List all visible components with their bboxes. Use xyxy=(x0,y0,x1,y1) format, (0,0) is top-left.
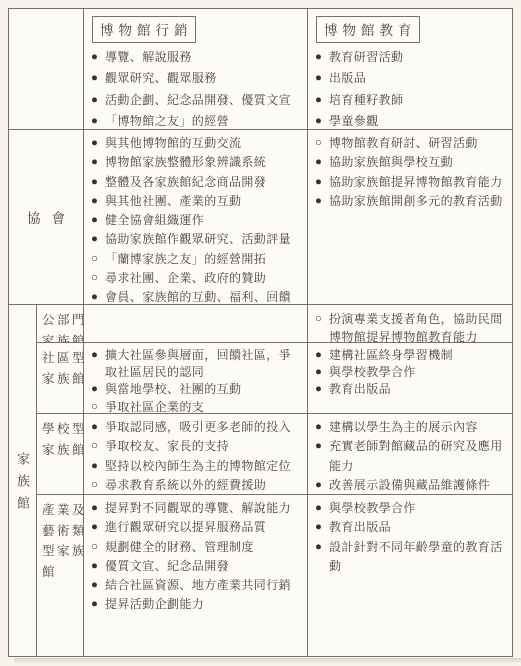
list-item: ●堅持以校內師生為主的博物館定位 xyxy=(91,457,303,476)
list-item: ●與其他社團、產業的互動 xyxy=(91,192,303,211)
item-text: 提昇活動企劃能力 xyxy=(105,595,303,614)
hollow-bullet-icon: ○ xyxy=(91,476,105,495)
item-text: 「博物館之友」的經營 xyxy=(105,111,303,130)
filled-bullet-icon: ● xyxy=(91,111,105,130)
industry-art-marketing-cell: ●提昇對不同觀眾的導覽、解說能力●進行觀眾研究以提昇服務品質○規劃健全的財務、管… xyxy=(84,495,308,656)
list-item: ●培育種籽教師 xyxy=(315,90,508,111)
item-text: 建構以學生為主的展示內容 xyxy=(329,418,508,437)
filled-bullet-icon: ● xyxy=(91,192,105,211)
community-marketing-list: ●擴大社區參與層面，回饋社區，爭取社區居民的認同●與當地學校、社團的互動○爭取社… xyxy=(91,347,303,414)
filled-bullet-icon: ● xyxy=(91,595,105,614)
row-label: 社區型家族館 xyxy=(42,348,83,389)
school-label-cell: 學校型家族館 xyxy=(37,414,84,495)
education-column-title: 博物館教育 xyxy=(316,16,420,43)
list-item: ●會員、家族館的互動、福利、回饋 xyxy=(91,288,303,305)
education-header-cell: 博物館教育 ●教育研習活動●出版品●培育種籽教師●學童參觀●不同對象的博物館教育… xyxy=(308,9,512,130)
public-sector-marketing-list xyxy=(91,309,303,310)
list-item: ●與其他博物館的互動交流 xyxy=(91,134,303,153)
filled-bullet-icon: ● xyxy=(91,134,105,153)
list-item: ○規劃健全的財務、管理制度 xyxy=(91,538,303,557)
filled-bullet-icon: ● xyxy=(91,68,105,89)
public-sector-education-cell: ○扮演專業支援者角色，協助民間博物館提昇博物館教育能力 xyxy=(308,305,512,343)
filled-bullet-icon: ● xyxy=(315,499,329,518)
school-marketing-list: ●爭取認同感，吸引更多老師的投入○爭取校友、家長的支持●堅持以校內師生為主的博物… xyxy=(91,418,303,495)
item-text: 與其他博物館的互動交流 xyxy=(105,134,303,153)
filled-bullet-icon: ● xyxy=(315,47,329,68)
filled-bullet-icon: ● xyxy=(91,211,105,230)
filled-bullet-icon: ● xyxy=(315,364,329,381)
item-text: 活動企劃、紀念品開發、優質文宣 xyxy=(105,90,303,111)
marketing-general-list: ●導覽、解說服務●觀眾研究、觀眾服務●活動企劃、紀念品開發、優質文宣●「博物館之… xyxy=(91,47,303,130)
item-text: 與學校教學合作 xyxy=(329,499,508,518)
marketing-header-cell: 博物館行銷 ●導覽、解說服務●觀眾研究、觀眾服務●活動企劃、紀念品開發、優質文宣… xyxy=(84,9,308,130)
item-text: 健全協會組織運作 xyxy=(105,211,303,230)
community-education-cell: ●建構社區終身學習機制●與學校教學合作●教育出版品 xyxy=(308,343,512,414)
filled-bullet-icon: ● xyxy=(91,518,105,537)
hollow-bullet-icon: ○ xyxy=(91,437,105,456)
filled-bullet-icon: ● xyxy=(315,173,329,192)
row-label-line: 產業及 xyxy=(42,500,83,521)
list-item: ●提昇對不同觀眾的導覽、解說能力 xyxy=(91,499,303,518)
list-item: ●「博物館之友」的經營 xyxy=(91,111,303,130)
family-group-label: 家族館 xyxy=(13,443,32,518)
item-text: 規劃健全的財務、管理制度 xyxy=(105,538,303,557)
item-text: 扮演專業支援者角色，協助民間博物館提昇博物館教育能力 xyxy=(329,310,508,343)
list-item: ●整體及各家族館紀念商品開發 xyxy=(91,173,303,192)
filled-bullet-icon: ● xyxy=(91,576,105,595)
item-text: 會員、家族館的互動、福利、回饋 xyxy=(105,288,303,305)
list-item: ●擴大社區參與層面，回饋社區，爭取社區居民的認同 xyxy=(91,347,303,381)
scan-shadow xyxy=(14,658,521,664)
item-text: 爭取校友、家長的支持 xyxy=(105,437,303,456)
item-text: 改善展示設備與藏品維護條件 xyxy=(329,476,508,495)
item-text: 學童參觀 xyxy=(329,111,508,130)
item-text: 結合社區資源、地方產業共同行銷 xyxy=(105,576,303,595)
list-item: ●健全協會組織運作 xyxy=(91,211,303,230)
item-text: 與學校教學合作 xyxy=(329,364,508,381)
list-item: ○尋求社團、企業、政府的贊助 xyxy=(91,269,303,288)
row-label: 學校型家族館 xyxy=(42,419,83,460)
association-education-list: ○博物館教育研討、研習活動●協助家族館與學校互動●協助家族館提昇博物館教育能力●… xyxy=(315,134,508,211)
item-text: 與當地學校、社團的互動 xyxy=(105,381,303,398)
list-item: ●出版品 xyxy=(315,68,508,89)
school-education-cell: ●建構以學生為主的展示內容●充實老師對館藏品的研究及應用能力●改善展示設備與藏品… xyxy=(308,414,512,495)
list-item: ○爭取校友、家長的支持 xyxy=(91,437,303,456)
association-education-cell: ○博物館教育研討、研習活動●協助家族館與學校互動●協助家族館提昇博物館教育能力●… xyxy=(308,130,512,305)
item-text: 整體及各家族館紀念商品開發 xyxy=(105,173,303,192)
item-text: 協助家族館作觀眾研究、活動評量 xyxy=(105,230,303,249)
filled-bullet-icon: ● xyxy=(315,90,329,111)
item-text: 協助家族館與學校互動 xyxy=(329,153,508,172)
hollow-bullet-icon: ○ xyxy=(315,134,329,153)
filled-bullet-icon: ● xyxy=(91,230,105,249)
row-label-line: 社區型 xyxy=(42,348,83,369)
row-label-line: 學校型 xyxy=(42,419,83,440)
public-sector-education-list: ○扮演專業支援者角色，協助民間博物館提昇博物館教育能力 xyxy=(315,309,508,343)
item-text: 優質文宣、紀念品開發 xyxy=(105,557,303,576)
list-item: ●結合社區資源、地方產業共同行銷 xyxy=(91,576,303,595)
filled-bullet-icon: ● xyxy=(91,499,105,518)
filled-bullet-icon: ● xyxy=(315,518,329,537)
list-item: ●協助家族館作觀眾研究、活動評量 xyxy=(91,230,303,249)
item-text: 協助家族館提昇博物館教育能力 xyxy=(329,173,508,192)
filled-bullet-icon: ● xyxy=(91,90,105,111)
row-label-line: 家族館 xyxy=(42,369,83,390)
hollow-bullet-icon: ○ xyxy=(315,310,329,328)
item-text: 教育出版品 xyxy=(329,381,508,398)
list-item: ●導覽、解說服務 xyxy=(91,47,303,68)
marketing-column-title: 博物館行銷 xyxy=(92,16,196,43)
item-text: 出版品 xyxy=(329,68,508,89)
filled-bullet-icon: ● xyxy=(315,68,329,89)
family-group-label-cell: 家族館 xyxy=(9,305,37,656)
row-label-line: 家族館 xyxy=(42,440,83,461)
item-text: 培育種籽教師 xyxy=(329,90,508,111)
filled-bullet-icon: ● xyxy=(315,153,329,172)
item-text: 充實老師對館藏品的研究及應用能力 xyxy=(329,437,508,476)
list-item: ●建構以學生為主的展示內容 xyxy=(315,418,508,437)
community-education-list: ●建構社區終身學習機制●與學校教學合作●教育出版品 xyxy=(315,347,508,399)
industry-art-education-list: ●與學校教學合作●教育出版品●設計針對不同年齡學童的教育活動 xyxy=(315,499,508,576)
industry-art-marketing-list: ●提昇對不同觀眾的導覽、解說能力●進行觀眾研究以提昇服務品質○規劃健全的財務、管… xyxy=(91,499,303,615)
item-text: 觀眾研究、觀眾服務 xyxy=(105,68,303,89)
school-marketing-cell: ●爭取認同感，吸引更多老師的投入○爭取校友、家長的支持●堅持以校內師生為主的博物… xyxy=(84,414,308,495)
item-text: 進行觀眾研究以提昇服務品質 xyxy=(105,518,303,537)
list-item: ●教育出版品 xyxy=(315,381,508,398)
filled-bullet-icon: ● xyxy=(315,347,329,364)
item-text: 導覽、解說服務 xyxy=(105,47,303,68)
item-text: 設計針對不同年齡學童的教育活動 xyxy=(329,538,508,577)
list-item: ●改善展示設備與藏品維護條件 xyxy=(315,476,508,495)
item-text: 博物館家族整體形象辨識系統 xyxy=(105,153,303,172)
list-item: ●教育研習活動 xyxy=(315,47,508,68)
corner-empty-cell xyxy=(9,9,84,130)
item-text: 教育出版品 xyxy=(329,518,508,537)
list-item: ●觀眾研究、觀眾服務 xyxy=(91,68,303,89)
list-item: ●活動企劃、紀念品開發、優質文宣 xyxy=(91,90,303,111)
industry-art-education-cell: ●與學校教學合作●教育出版品●設計針對不同年齡學童的教育活動 xyxy=(308,495,512,656)
association-marketing-list: ●與其他博物館的互動交流●博物館家族整體形象辨識系統●整體及各家族館紀念商品開發… xyxy=(91,134,303,305)
list-item: ●與學校教學合作 xyxy=(315,364,508,381)
education-general-list: ●教育研習活動●出版品●培育種籽教師●學童參觀●不同對象的博物館教育活動 xyxy=(315,47,508,130)
list-item: ●爭取認同感，吸引更多老師的投入 xyxy=(91,418,303,437)
filled-bullet-icon: ● xyxy=(91,288,105,305)
hollow-bullet-icon: ○ xyxy=(91,250,105,269)
item-text: 教育研習活動 xyxy=(329,47,508,68)
public-sector-marketing-cell xyxy=(84,305,308,343)
list-item: ●建構社區終身學習機制 xyxy=(315,347,508,364)
row-label-line: 型家族 xyxy=(42,541,83,562)
association-marketing-cell: ●與其他博物館的互動交流●博物館家族整體形象辨識系統●整體及各家族館紀念商品開發… xyxy=(84,130,308,305)
item-text: 尋求社團、企業、政府的贊助 xyxy=(105,269,303,288)
row-label-line: 家族館 xyxy=(42,331,83,344)
filled-bullet-icon: ● xyxy=(315,418,329,437)
filled-bullet-icon: ● xyxy=(91,173,105,192)
item-text: 擴大社區參與層面，回饋社區，爭取社區居民的認同 xyxy=(105,347,303,381)
item-text: 爭取認同感，吸引更多老師的投入 xyxy=(105,418,303,437)
item-text: 博物館教育研討、研習活動 xyxy=(329,134,508,153)
community-marketing-cell: ●擴大社區參與層面，回饋社區，爭取社區居民的認同●與當地學校、社團的互動○爭取社… xyxy=(84,343,308,414)
list-item: ●協助家族館提昇博物館教育能力 xyxy=(315,173,508,192)
filled-bullet-icon: ● xyxy=(91,418,105,437)
list-item: ○「蘭博家族之友」的經營開拓 xyxy=(91,250,303,269)
hollow-bullet-icon: ○ xyxy=(91,269,105,288)
list-item: ●學童參觀 xyxy=(315,111,508,130)
filled-bullet-icon: ● xyxy=(91,457,105,476)
filled-bullet-icon: ● xyxy=(91,47,105,68)
filled-bullet-icon: ● xyxy=(315,192,329,211)
list-item: ●協助家族館與學校互動 xyxy=(315,153,508,172)
item-text: 與其他社團、產業的互動 xyxy=(105,192,303,211)
public-sector-label-cell: 公部門家族館 xyxy=(37,305,84,343)
association-label-cell: 協會 xyxy=(9,130,84,305)
hollow-bullet-icon: ○ xyxy=(91,399,105,414)
list-item: ●充實老師對館藏品的研究及應用能力 xyxy=(315,437,508,476)
industry-art-label-cell: 產業及藝術類型家族館 xyxy=(37,495,84,656)
list-item: ○扮演專業支援者角色，協助民間博物館提昇博物館教育能力 xyxy=(315,310,508,343)
list-item: ●博物館家族整體形象辨識系統 xyxy=(91,153,303,172)
list-item: ●提昇活動企劃能力 xyxy=(91,595,303,614)
museum-comparison-table: 博物館行銷 ●導覽、解說服務●觀眾研究、觀眾服務●活動企劃、紀念品開發、優質文宣… xyxy=(8,8,513,657)
filled-bullet-icon: ● xyxy=(91,557,105,576)
item-text: 爭取社區企業的支 xyxy=(105,399,303,414)
list-item: ●進行觀眾研究以提昇服務品質 xyxy=(91,518,303,537)
filled-bullet-icon: ● xyxy=(315,538,329,557)
row-label-line: 公部門 xyxy=(42,310,83,331)
list-item: ○尋求教育系統以外的經費援助 xyxy=(91,476,303,495)
filled-bullet-icon: ● xyxy=(91,381,105,398)
filled-bullet-icon: ● xyxy=(91,347,105,364)
item-text: 建構社區終身學習機制 xyxy=(329,347,508,364)
row-label: 公部門家族館 xyxy=(42,310,83,343)
community-label-cell: 社區型家族館 xyxy=(37,343,84,414)
row-label-line: 館 xyxy=(42,562,83,583)
list-item: ●設計針對不同年齡學童的教育活動 xyxy=(315,538,508,577)
filled-bullet-icon: ● xyxy=(315,476,329,495)
list-item: ●與當地學校、社團的互動 xyxy=(91,381,303,398)
row-label: 產業及藝術類型家族館 xyxy=(42,500,83,582)
item-text: 堅持以校內師生為主的博物館定位 xyxy=(105,457,303,476)
list-item: ●優質文宣、紀念品開發 xyxy=(91,557,303,576)
hollow-bullet-icon: ○ xyxy=(91,538,105,557)
association-label: 協會 xyxy=(16,207,76,227)
filled-bullet-icon: ● xyxy=(91,153,105,172)
item-text: 尋求教育系統以外的經費援助 xyxy=(105,476,303,495)
school-education-list: ●建構以學生為主的展示內容●充實老師對館藏品的研究及應用能力●改善展示設備與藏品… xyxy=(315,418,508,495)
list-item: ○博物館教育研討、研習活動 xyxy=(315,134,508,153)
list-item: ○爭取社區企業的支 xyxy=(91,399,303,414)
list-item: ●協助家族館開創多元的教育活動 xyxy=(315,192,508,211)
filled-bullet-icon: ● xyxy=(315,111,329,130)
row-label-line: 藝術類 xyxy=(42,521,83,542)
item-text: 提昇對不同觀眾的導覽、解說能力 xyxy=(105,499,303,518)
list-item: ●與學校教學合作 xyxy=(315,499,508,518)
filled-bullet-icon: ● xyxy=(315,381,329,398)
filled-bullet-icon: ● xyxy=(315,437,329,456)
item-text: 「蘭博家族之友」的經營開拓 xyxy=(105,250,303,269)
item-text: 協助家族館開創多元的教育活動 xyxy=(329,192,508,211)
list-item: ●教育出版品 xyxy=(315,518,508,537)
